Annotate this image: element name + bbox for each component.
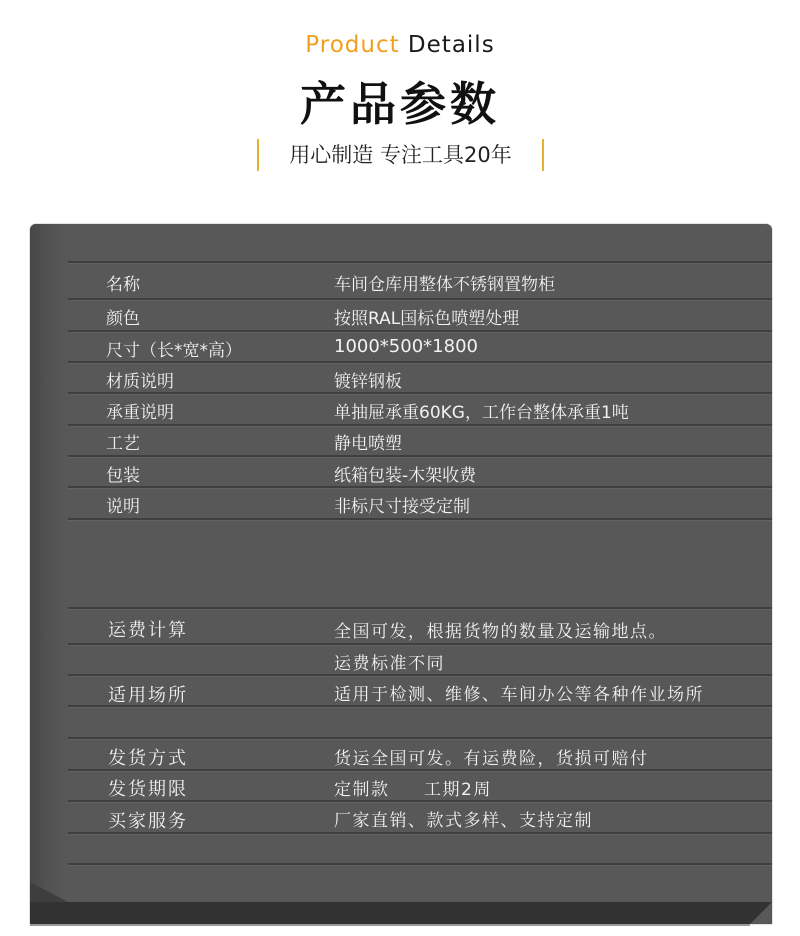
spec-value: 静电喷塑 — [334, 429, 402, 454]
service-value: 全国可发，根据货物的数量及运输地点。 — [334, 617, 667, 642]
header-en-rest: Details — [400, 32, 495, 58]
page-title: 产品参数 — [0, 68, 800, 134]
divider — [68, 863, 772, 865]
divider — [68, 361, 772, 363]
service-label: 发货期限 — [108, 775, 188, 801]
divider — [68, 643, 772, 645]
divider — [68, 518, 772, 520]
divider — [68, 392, 772, 394]
panel-bottom-edge — [30, 924, 750, 926]
spec-panel: 名称 车间仓库用整体不锈钢置物柜 颜色 按照RAL国标色喷塑处理 尺寸（长*宽*… — [30, 224, 772, 924]
spec-value: 车间仓库用整体不锈钢置物柜 — [334, 270, 555, 295]
slogan: 用心制造 专注工具20年 — [257, 139, 544, 171]
divider — [68, 424, 772, 426]
spec-label: 尺寸（长*宽*高） — [106, 336, 242, 361]
spec-label: 包装 — [106, 461, 140, 486]
panel-bevel — [30, 882, 68, 902]
divider — [68, 486, 772, 488]
service-label: 适用场所 — [108, 681, 188, 707]
service-value: 适用于检测、维修、车间办公等各种作业场所 — [334, 680, 704, 705]
spec-value: 镀锌钢板 — [334, 367, 402, 392]
divider — [68, 607, 772, 609]
divider — [68, 330, 772, 332]
spec-label: 颜色 — [106, 304, 140, 329]
divider — [68, 674, 772, 676]
spec-value: 1000*500*1800 — [334, 336, 478, 357]
spec-value: 纸箱包装-木架收费 — [334, 461, 476, 486]
panel-left-edge — [30, 224, 48, 902]
service-value: 厂家直销、款式多样、支持定制 — [334, 806, 593, 831]
spec-label: 承重说明 — [106, 398, 174, 423]
spec-label: 说明 — [106, 492, 140, 517]
panel-inner-edge — [48, 224, 68, 902]
header-en-title: Product Details — [0, 32, 800, 58]
divider — [68, 455, 772, 457]
spec-label: 名称 — [106, 270, 140, 295]
header-en-accent: Product — [305, 32, 399, 58]
divider — [68, 298, 772, 300]
spec-value: 按照RAL国标色喷塑处理 — [334, 304, 519, 329]
service-value: 运费标准不同 — [334, 649, 445, 674]
spec-label: 工艺 — [106, 429, 140, 454]
divider — [68, 737, 772, 739]
service-label: 买家服务 — [108, 807, 188, 833]
spec-value: 非标尺寸接受定制 — [334, 492, 470, 517]
service-value: 定制款 工期2周 — [334, 775, 492, 800]
service-label: 运费计算 — [108, 616, 188, 642]
divider — [68, 261, 772, 263]
panel-bottom-band — [30, 902, 772, 924]
service-label: 发货方式 — [108, 744, 188, 770]
spec-label: 材质说明 — [106, 367, 174, 392]
service-value: 货运全国可发。有运费险，货损可赔付 — [334, 744, 649, 769]
spec-value: 单抽屉承重60KG，工作台整体承重1吨 — [334, 398, 629, 423]
